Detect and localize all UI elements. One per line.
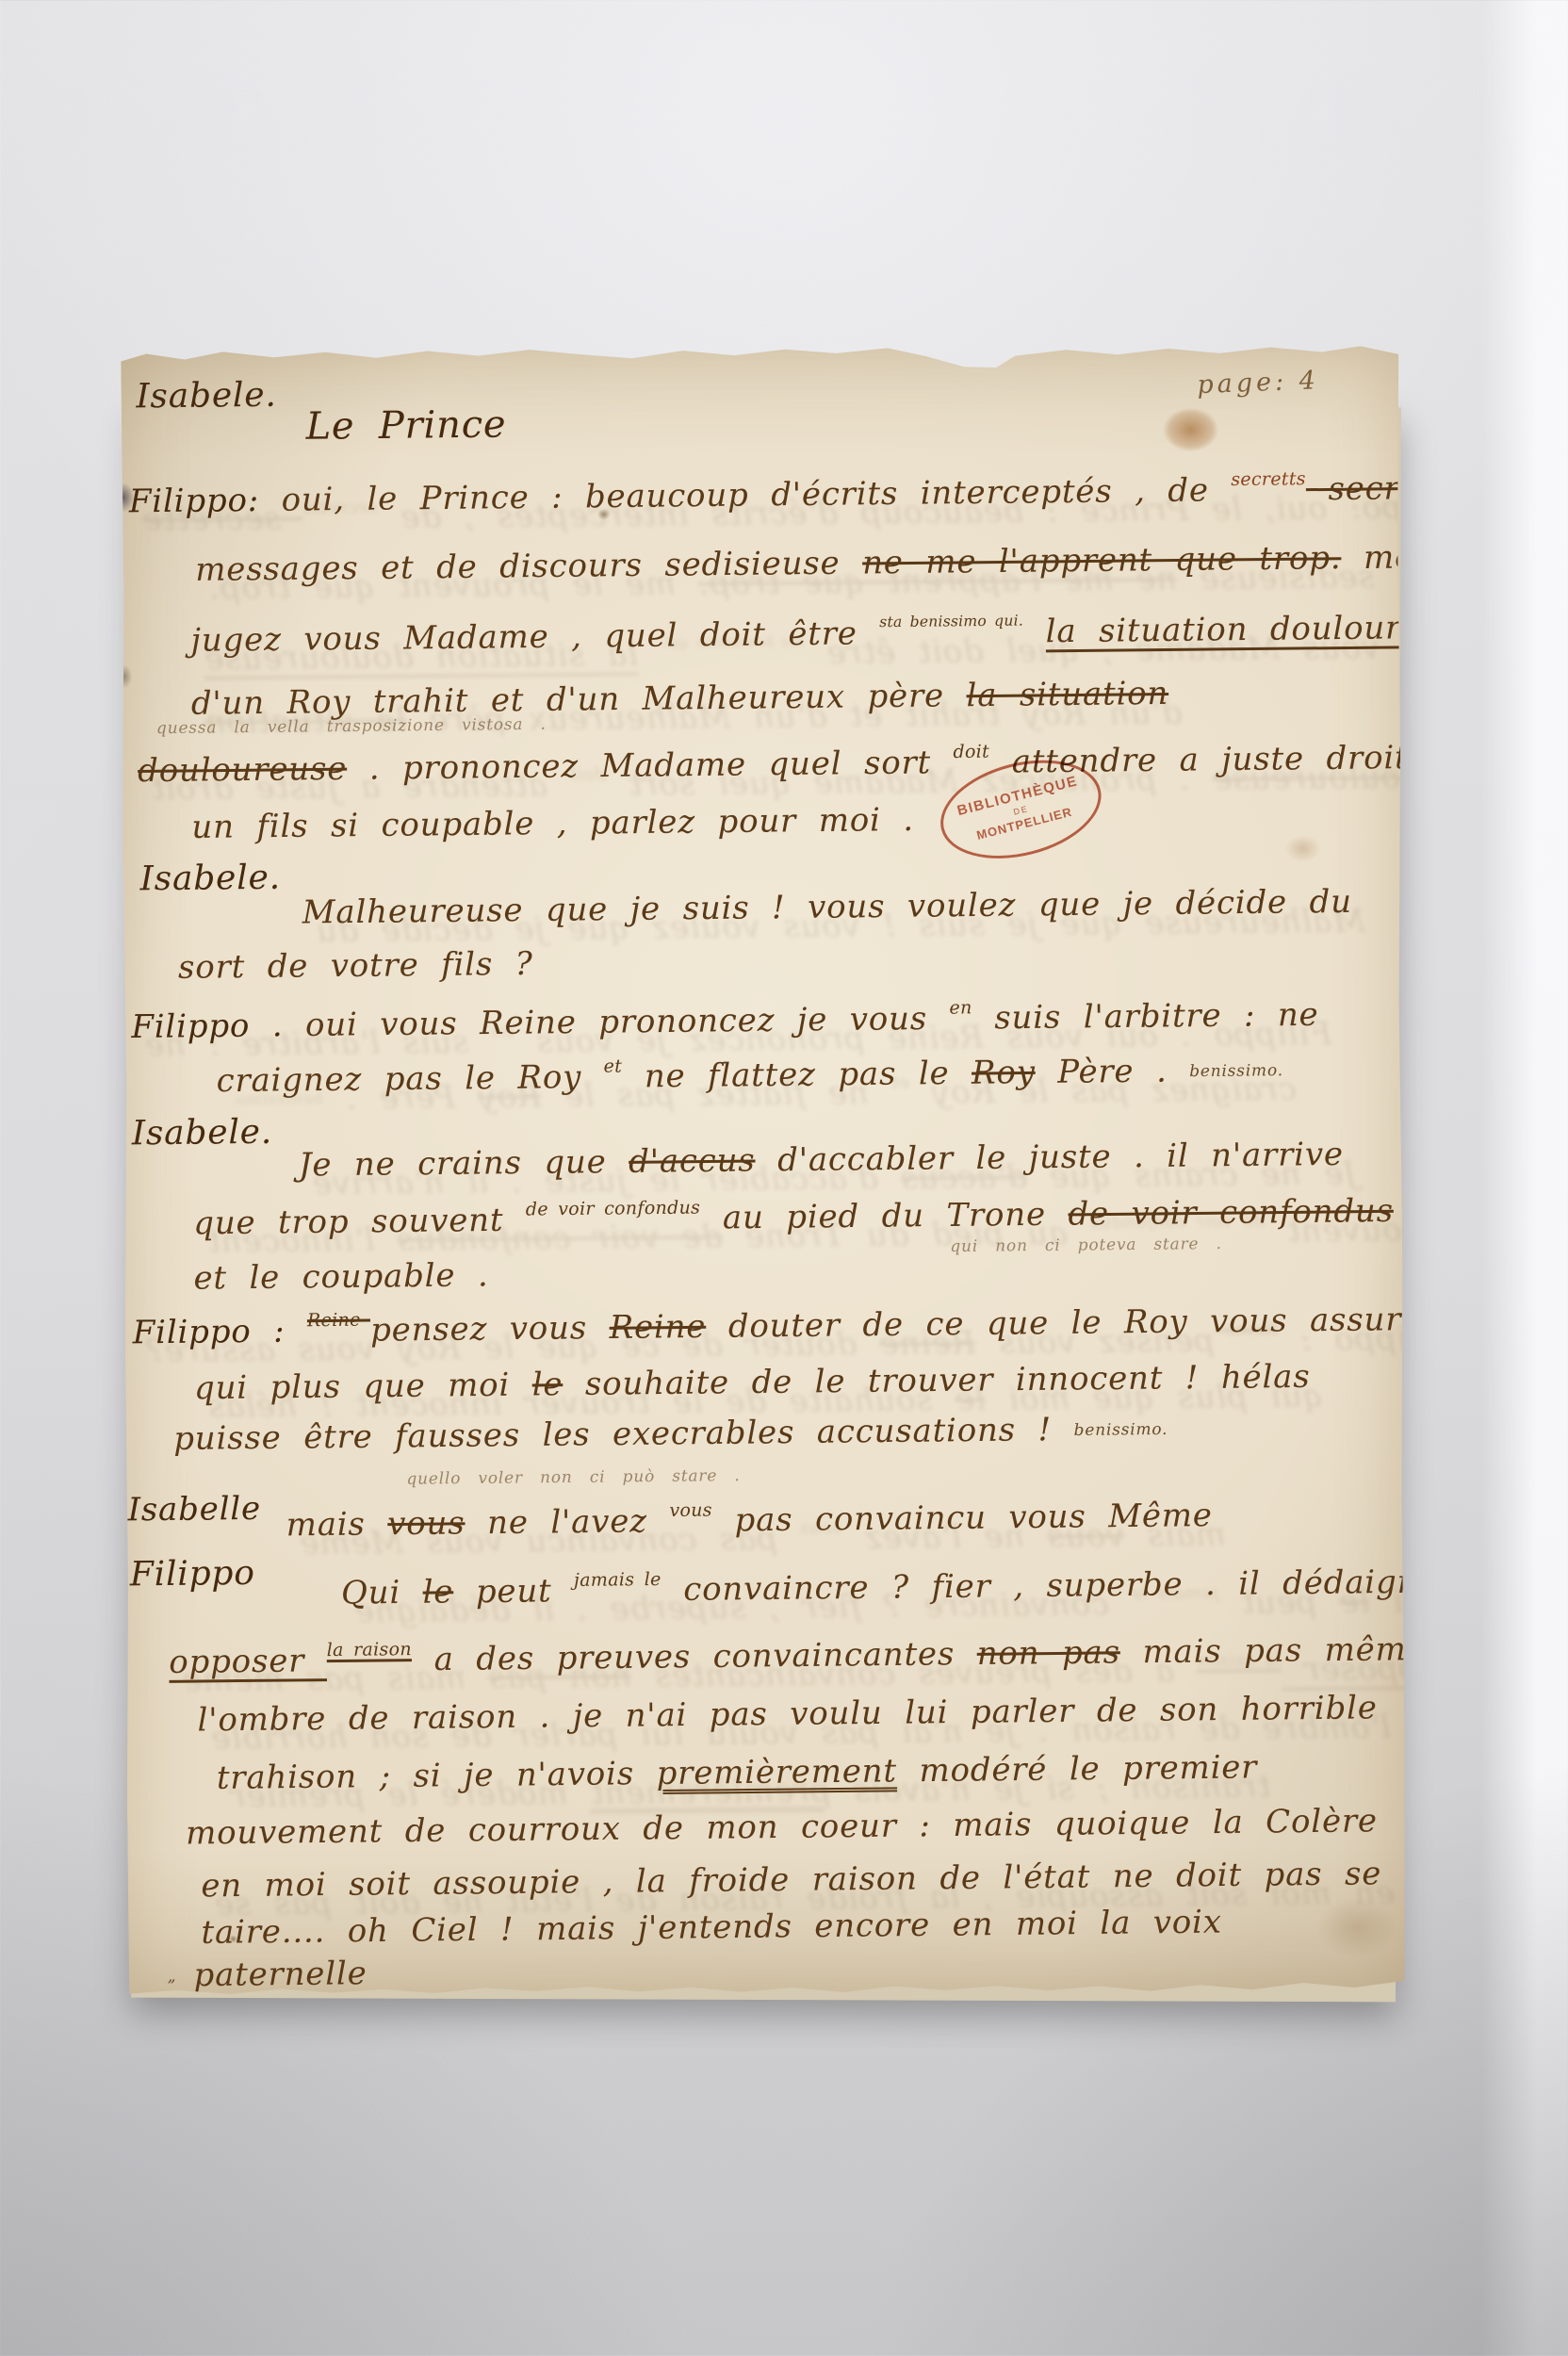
text-segment: suis l'arbitre : ne xyxy=(972,996,1319,1038)
text-segment: benissimo. xyxy=(1074,1420,1168,1440)
line-prononcez: douloureuse . prononcez Madame quel sort… xyxy=(138,737,1409,790)
line-mais-vous: mais vous ne l'avez vous pas convaincu v… xyxy=(286,1495,1213,1544)
text-segment: et le coupable . xyxy=(193,1256,488,1297)
text-segment: mais pas même xyxy=(1120,1630,1427,1671)
text-segment: au pied du Trone xyxy=(700,1196,1069,1237)
speaker-filippo: Filippo xyxy=(130,1554,255,1594)
photograph-background: Filippo: oui, le Prince : beaucoup d'écr… xyxy=(0,0,1568,2356)
text-segment: la situation xyxy=(966,675,1168,714)
text-segment: Filippo : xyxy=(133,1312,308,1351)
text-segment: non pas xyxy=(977,1633,1121,1673)
speaker-isabelle: Isabelle xyxy=(127,1490,261,1529)
text-segment: que trop souvent xyxy=(193,1202,526,1243)
line-craignez: craignez pas le Roy et ne flattez pas le… xyxy=(216,1049,1283,1100)
line-en-moi: en moi soit assoupie , la froide raison … xyxy=(201,1855,1381,1905)
text-segment: de voir confondus xyxy=(526,1198,701,1220)
text-segment: oui, le Prince : beaucoup d'écrits inter… xyxy=(281,471,1231,519)
line-filippo-pensez: Filippo : Reine pensez vous Reine douter… xyxy=(133,1299,1440,1352)
line-opposer: opposer la raison a des preuves convainc… xyxy=(169,1628,1427,1681)
text-segment: mouvement de courroux de mon coeur : mai… xyxy=(186,1802,1378,1852)
text-segment: de voir confondus xyxy=(1068,1192,1394,1234)
text-segment: modéré le premier xyxy=(897,1748,1258,1790)
text-segment: trahison ; si je n'avois xyxy=(217,1755,657,1797)
text-segment: Le Prince xyxy=(305,403,506,449)
text-segment: quello voler non ci può stare . xyxy=(406,1466,740,1489)
line-messages: messages et de discours sedisieuse ne me… xyxy=(195,534,1568,589)
text-segment: vous xyxy=(387,1504,465,1543)
line-qui-le-peut: Qui le peut jamais le convaincre ? fier … xyxy=(341,1561,1439,1612)
text-segment: et xyxy=(603,1055,622,1076)
manuscript-page: Filippo: oui, le Prince : beaucoup d'écr… xyxy=(121,339,1406,1998)
line-dun-roy: d'un Roy trahit et d'un Malheureux père … xyxy=(191,675,1169,723)
text-segment: Isabelle xyxy=(127,1490,261,1529)
text-segment: d'un Roy trahit et d'un Malheureux père xyxy=(191,677,967,723)
text-segment: vous xyxy=(669,1499,712,1520)
text-segment: sort de votre fils ? xyxy=(178,945,533,987)
text-segment: en xyxy=(949,997,972,1018)
line-malheureuse: Malheureuse que je suis ! vous voulez qu… xyxy=(302,883,1352,932)
line-qui-plus: qui plus que moi le souhaite de le trouv… xyxy=(194,1358,1311,1407)
line-puisse: puisse être fausses les execrables accus… xyxy=(173,1410,1168,1458)
text-segment: sta benissimo qui. xyxy=(879,612,1023,631)
text-segment: opposer xyxy=(169,1642,327,1681)
text-segment: un fils si coupable , parlez pour moi . xyxy=(191,801,914,846)
text-segment: premièrement xyxy=(656,1752,897,1792)
text-segment: douloureuse xyxy=(138,750,347,790)
text-segment: Père . xyxy=(1036,1052,1190,1091)
text-segment: puisse être fausses les execrables accus… xyxy=(173,1411,1074,1458)
text-segment: peut xyxy=(453,1572,574,1611)
line-un-fils: un fils si coupable , parlez pour moi . xyxy=(191,801,914,846)
text-segment: ne me l'apprent que trop. xyxy=(862,539,1342,581)
text-segment: doit xyxy=(953,742,989,762)
interline-note: quessa la vella trasposizione vistosa . xyxy=(156,715,547,738)
speaker-isabelle: Isabele. xyxy=(139,859,281,899)
line-filippo-oui: Filippo . oui vous Reine prononcez je vo… xyxy=(131,994,1319,1046)
text-segment: Reine xyxy=(307,1310,370,1332)
line-filippo-recit: Filippo: oui, le Prince : beaucoup d'écr… xyxy=(129,466,1467,520)
text-segment: Je ne crains que xyxy=(299,1143,629,1185)
text-segment: douter de ce que le Roy vous assure? xyxy=(706,1301,1439,1346)
text-segment: souhaite de le trouver innocent ! hélas xyxy=(563,1358,1311,1403)
text-segment: la raison xyxy=(327,1639,412,1661)
text-segment: en moi soit assoupie , la froide raison … xyxy=(201,1855,1381,1905)
text-segment: a des preuves convaincantes xyxy=(412,1635,977,1678)
page-number: page: 4 xyxy=(1197,366,1320,400)
text-segment: oui vous Reine prononcez je vous xyxy=(305,1000,950,1044)
text-segment: craignez pas le Roy xyxy=(216,1058,604,1100)
text-segment: le xyxy=(532,1366,563,1403)
text-segment: l'ombre de raison . je n'ai pas voulu lu… xyxy=(197,1689,1377,1739)
text-segment: Filippo . xyxy=(131,1006,305,1046)
text-segment: messages et de discours sedisieuse xyxy=(195,545,862,589)
text-segment: qui plus que moi xyxy=(194,1366,532,1408)
text-segment: Filippo: xyxy=(129,482,282,521)
text-segment: d'accabler le juste . il n'arrive xyxy=(755,1136,1344,1180)
line-que-trop: que trop souvent de voir confondus au pi… xyxy=(193,1188,1568,1243)
text-segment: paternelle xyxy=(193,1955,367,1994)
text-segment: taire.... oh Ciel ! mais j'entends encor… xyxy=(201,1904,1222,1952)
text-segment: l'innocent xyxy=(1394,1190,1568,1230)
text-segment: . prononcez Madame quel sort xyxy=(347,744,954,788)
text-segment: „ xyxy=(168,1967,194,1986)
text-segment: secretts xyxy=(1231,468,1306,490)
interline-note: qui non ci poteva stare . xyxy=(950,1235,1222,1256)
line-paternelle: „ paternelle xyxy=(168,1955,367,1994)
text-segment: me le prouvent que trop. xyxy=(1341,534,1568,577)
text-segment: pas convaincu vous Même xyxy=(712,1497,1213,1540)
line-et-le-coupable: et le coupable . xyxy=(193,1256,488,1297)
text-segment: Roy xyxy=(972,1054,1036,1092)
text-segment: Malheureuse que je suis ! vous voulez qu… xyxy=(302,883,1352,932)
text-segment: qui non ci poteva stare . xyxy=(950,1235,1222,1256)
line-lombre: l'ombre de raison . je n'ai pas voulu lu… xyxy=(197,1689,1377,1739)
text-segment: Reine xyxy=(609,1308,706,1347)
heading-le-prince: Le Prince xyxy=(305,403,506,449)
text-segment: Filippo xyxy=(130,1554,255,1594)
line-mouvement: mouvement de courroux de mon coeur : mai… xyxy=(186,1802,1378,1852)
text-segment: ne flattez pas le xyxy=(622,1055,972,1096)
text-segment: le xyxy=(422,1573,453,1611)
line-trahison: trahison ; si je n'avois premièrement mo… xyxy=(217,1748,1258,1797)
interline-note: quello voler non ci può stare . xyxy=(406,1466,740,1489)
text-segment: Isabele. xyxy=(139,859,281,899)
text-segment: Qui xyxy=(341,1574,423,1612)
text-segment: secrette xyxy=(1306,469,1467,509)
text-segment: jugez vous Madame , quel doit être xyxy=(190,614,879,660)
line-je-ne-crains: Je ne crains que d'accus d'accabler le j… xyxy=(299,1136,1344,1185)
line-taire: taire.... oh Ciel ! mais j'entends encor… xyxy=(201,1904,1222,1952)
text-segment: jamais le xyxy=(574,1569,661,1591)
speaker-isabelle: Isabele. xyxy=(132,1113,273,1153)
line-jugez: jugez vous Madame , quel doit être sta b… xyxy=(190,607,1479,660)
text-segment xyxy=(1023,613,1046,650)
text-segment: quessa la vella trasposizione vistosa . xyxy=(156,715,547,738)
line-sort: sort de votre fils ? xyxy=(178,945,533,987)
text-segment: Isabele. xyxy=(132,1113,273,1153)
text-segment: pensez vous xyxy=(370,1309,610,1350)
text-segment: benissimo. xyxy=(1189,1061,1283,1081)
text-segment: ne l'avez xyxy=(465,1502,669,1542)
text-segment: convaincre ? fier , superbe . il dédaign… xyxy=(661,1562,1438,1609)
text-segment: d'accus xyxy=(629,1141,756,1180)
handwriting-layer: Isabele.Le PrinceFilippo: oui, le Prince… xyxy=(121,339,1406,1998)
text-segment: Isabele. xyxy=(136,376,277,417)
speaker-isabelle: Isabele. xyxy=(136,376,277,417)
text-segment: la situation douloureuse xyxy=(1045,608,1479,650)
text-segment: mais xyxy=(286,1505,387,1544)
